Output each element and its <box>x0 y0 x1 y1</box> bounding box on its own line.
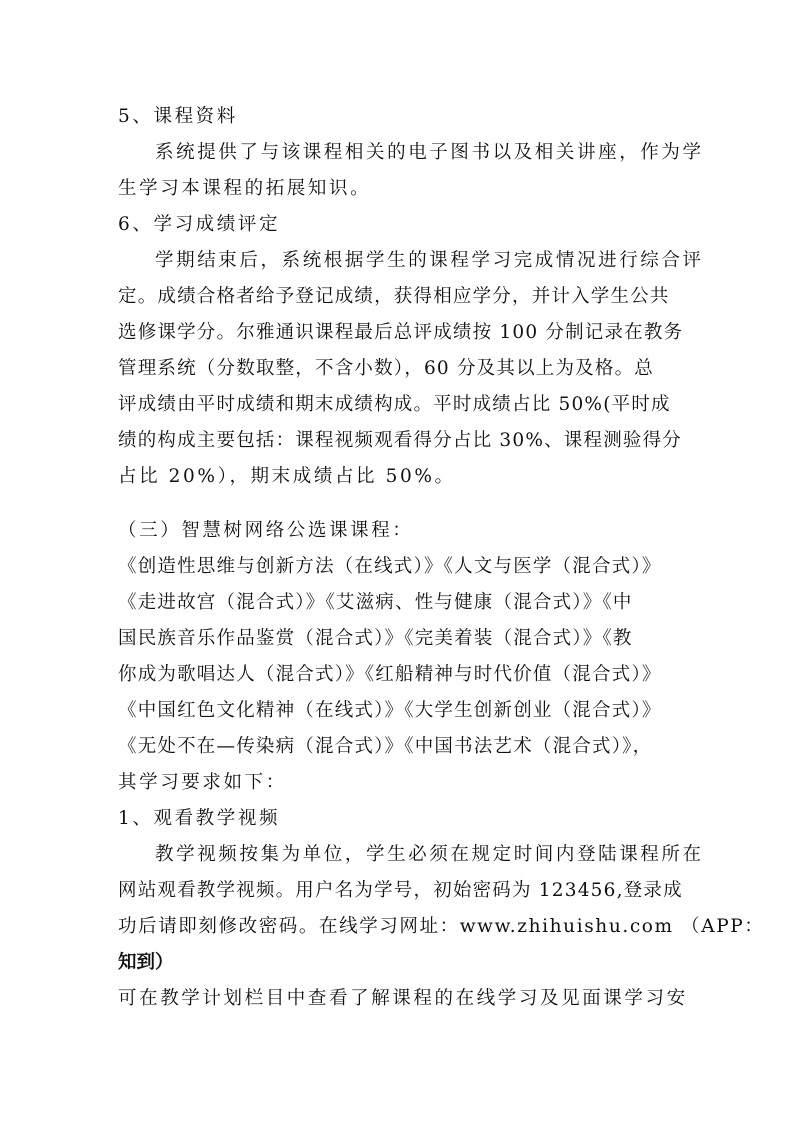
section-heading-zhihuishu-courses: （三）智慧树网络公选课课程： <box>118 518 678 544</box>
paragraph-line: 学期结束后，系统根据学生的课程学习完成情况进行综合评 <box>155 248 715 274</box>
paragraph-line: 其学习要求如下： <box>118 770 678 796</box>
paragraph-line: 生学习本课程的拓展知识。 <box>118 176 678 202</box>
course-list-line: 你成为歌唱达人（混合式）》《红船精神与时代价值（混合式）》 <box>118 662 678 688</box>
paragraph-line: 管理系统（分数取整，不含小数），60 分及其以上为及格。总 <box>118 356 678 382</box>
paragraph-line: 选修课学分。尔雅通识课程最后总评成绩按 100 分制记录在教务 <box>118 320 678 346</box>
paragraph-line: 网站观看教学视频。用户名为学号，初始密码为 123456,登录成 <box>118 878 678 904</box>
section-heading-grade-assessment: 6、学习成绩评定 <box>118 212 678 238</box>
paragraph-line: 系统提供了与该课程相关的电子图书以及相关讲座，作为学 <box>155 140 715 166</box>
item-heading-watch-videos: 1、观看教学视频 <box>118 806 678 832</box>
paragraph-line: 可在教学计划栏目中查看了解课程的在线学习及见面课学习安 <box>118 986 678 1012</box>
section-heading-course-materials: 5、课程资料 <box>118 104 678 130</box>
course-list-line: 《创造性思维与创新方法（在线式）》《人文与医学（混合式）》 <box>118 554 678 580</box>
paragraph-line: 占比 20%），期末成绩占比 50%。 <box>118 464 678 490</box>
document-page: 5、课程资料 系统提供了与该课程相关的电子图书以及相关讲座，作为学 生学习本课程… <box>0 0 793 1122</box>
course-list-line: 《无处不在—传染病（混合式）》《中国书法艺术（混合式）》， <box>118 734 678 760</box>
paragraph-line: 教学视频按集为单位，学生必须在规定时间内登陆课程所在 <box>155 842 715 868</box>
paragraph-line: 评成绩由平时成绩和期末成绩构成。平时成绩占比 50%(平时成 <box>118 392 678 418</box>
course-list-line: 国民族音乐作品鉴赏（混合式）》《完美着装（混合式）》《教 <box>118 626 678 652</box>
course-list-line: 《走进故宫（混合式）》《艾滋病、性与健康（混合式）》《中 <box>118 590 678 616</box>
paragraph-line: 定。成绩合格者给予登记成绩，获得相应学分，并计入学生公共 <box>118 284 678 310</box>
paragraph-line-website: 功后请即刻修改密码。在线学习网址：www.zhihuishu.com （APP： <box>118 914 678 940</box>
app-name-text: 知到） <box>118 950 678 976</box>
paragraph-line: 绩的构成主要包括：课程视频观看得分占比 30%、课程测验得分 <box>118 428 678 454</box>
course-list-line: 《中国红色文化精神（在线式）》《大学生创新创业（混合式）》 <box>118 698 678 724</box>
